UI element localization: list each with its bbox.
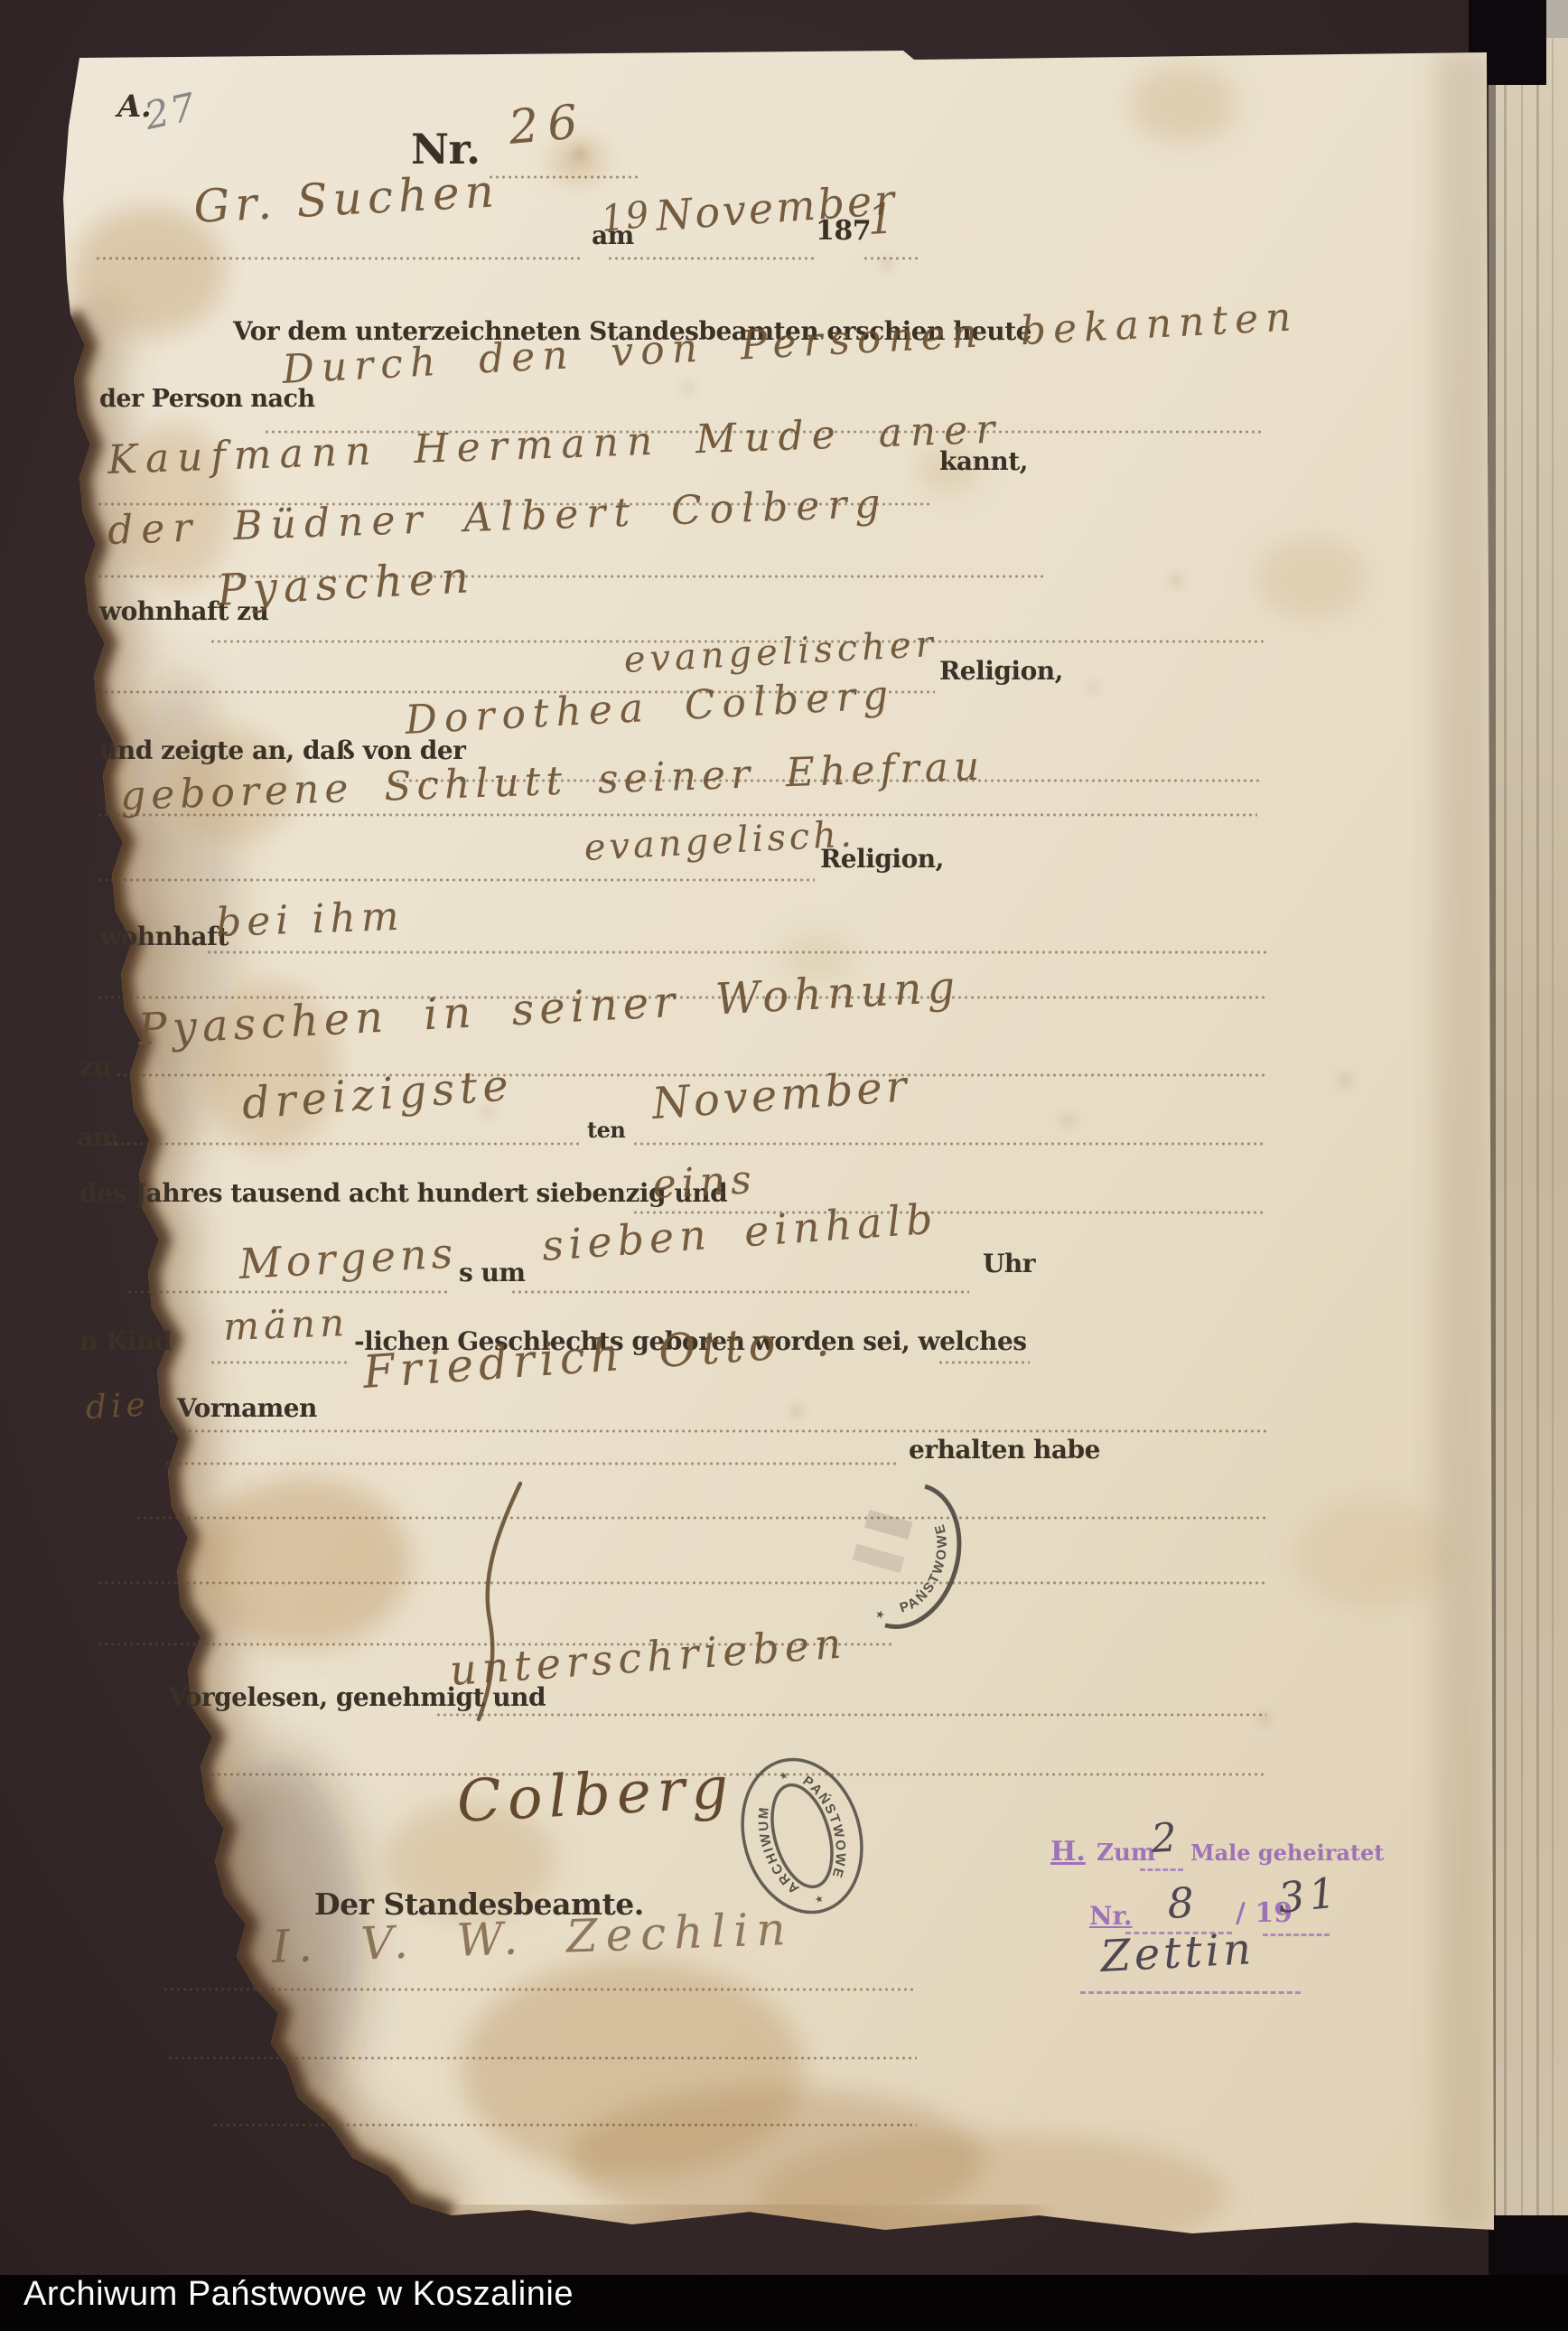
erhalten-habe-label: erhalten habe [909,1435,1100,1465]
hw-die-fragment: die [85,1386,151,1427]
purple-dash [1263,1933,1330,1936]
marginalia-nr-label: Nr. [1089,1901,1133,1931]
dotted-line [210,640,1266,643]
marginalia-zum: Zum [1097,1840,1155,1867]
s-um-fragment: s um [459,1258,526,1287]
dotted-line [97,1643,891,1646]
kannt-fragment: kannt, [939,446,1028,476]
dotted-line [97,690,935,694]
am-label-2: am [77,1122,119,1152]
dotted-line [632,1142,1266,1146]
registry-day: 19 [599,194,652,240]
dotted-line [107,1142,580,1146]
dotted-line [264,430,1265,434]
purple-dash [1140,1868,1183,1871]
registry-year-digit: 1 [866,193,900,244]
dotted-line [97,813,1257,817]
dotted-line [163,1988,914,1991]
dotted-line [167,2056,917,2060]
dotted-line [212,2123,917,2127]
dotted-line [135,1516,1266,1520]
dotted-line [510,1290,969,1294]
dotted-line [607,257,817,260]
hw-birth-year: eins [651,1156,758,1208]
dotted-line [126,1290,450,1294]
dotted-line [164,1462,898,1465]
hw-marriage-number: 8 [1166,1877,1199,1928]
dotted-line [210,1361,347,1364]
dotted-line [97,996,1266,999]
hw-bei-ihm: bei ihm [215,894,405,946]
dotted-line [97,1581,1266,1585]
dotted-line [488,175,639,179]
dotted-line [395,779,1260,782]
hw-marriage-year: 31 [1275,1868,1342,1923]
purple-dash [1080,1991,1301,1994]
marginalia-male-geheiratet: Male geheiratet [1190,1840,1384,1866]
dotted-line [97,878,815,882]
archive-caption: Archiwum Państwowe w Koszalinie [23,2275,1568,2314]
dotted-line [168,1429,1266,1433]
archive-caption-bar: Archiwum Państwowe w Koszalinie [0,2275,1568,2331]
book-fore-edge [1489,25,1568,2224]
hw-marriage-count: 2 [1150,1814,1182,1862]
hw-gender: männ [222,1300,350,1349]
document-photo: A. 27 Nr. 26 Gr. Suchen am 19 November 1… [0,0,1568,2331]
kind-prefix: n Kind [79,1326,172,1356]
uhr-label: Uhr [983,1249,1035,1278]
dotted-line [203,1773,1266,1776]
purple-dash [1125,1932,1232,1934]
des-jahres-label: des Jahres tausend acht hundert siebenzi… [79,1178,727,1208]
dotted-line [632,1211,1265,1214]
zu-label: zu [79,1052,111,1081]
religion-label-1: Religion, [939,656,1063,686]
dotted-line [97,502,932,506]
dotted-line [938,1361,1030,1364]
marginalia-h-label: H. [1050,1836,1086,1868]
wohnhaft-label: wohnhaft [99,922,229,951]
dotted-line [206,950,1266,954]
dotted-line [116,1073,1266,1077]
year-printed: 187 [816,215,871,247]
religion-label-2: Religion, [820,844,944,874]
dotted-line [97,575,1045,578]
record-number: 26 [507,95,589,155]
dotted-line [95,257,583,260]
vornamen-label: Vornamen [177,1393,317,1423]
ten-label: ten [587,1117,625,1143]
dotted-line [435,1713,1266,1717]
dotted-line [863,257,919,260]
